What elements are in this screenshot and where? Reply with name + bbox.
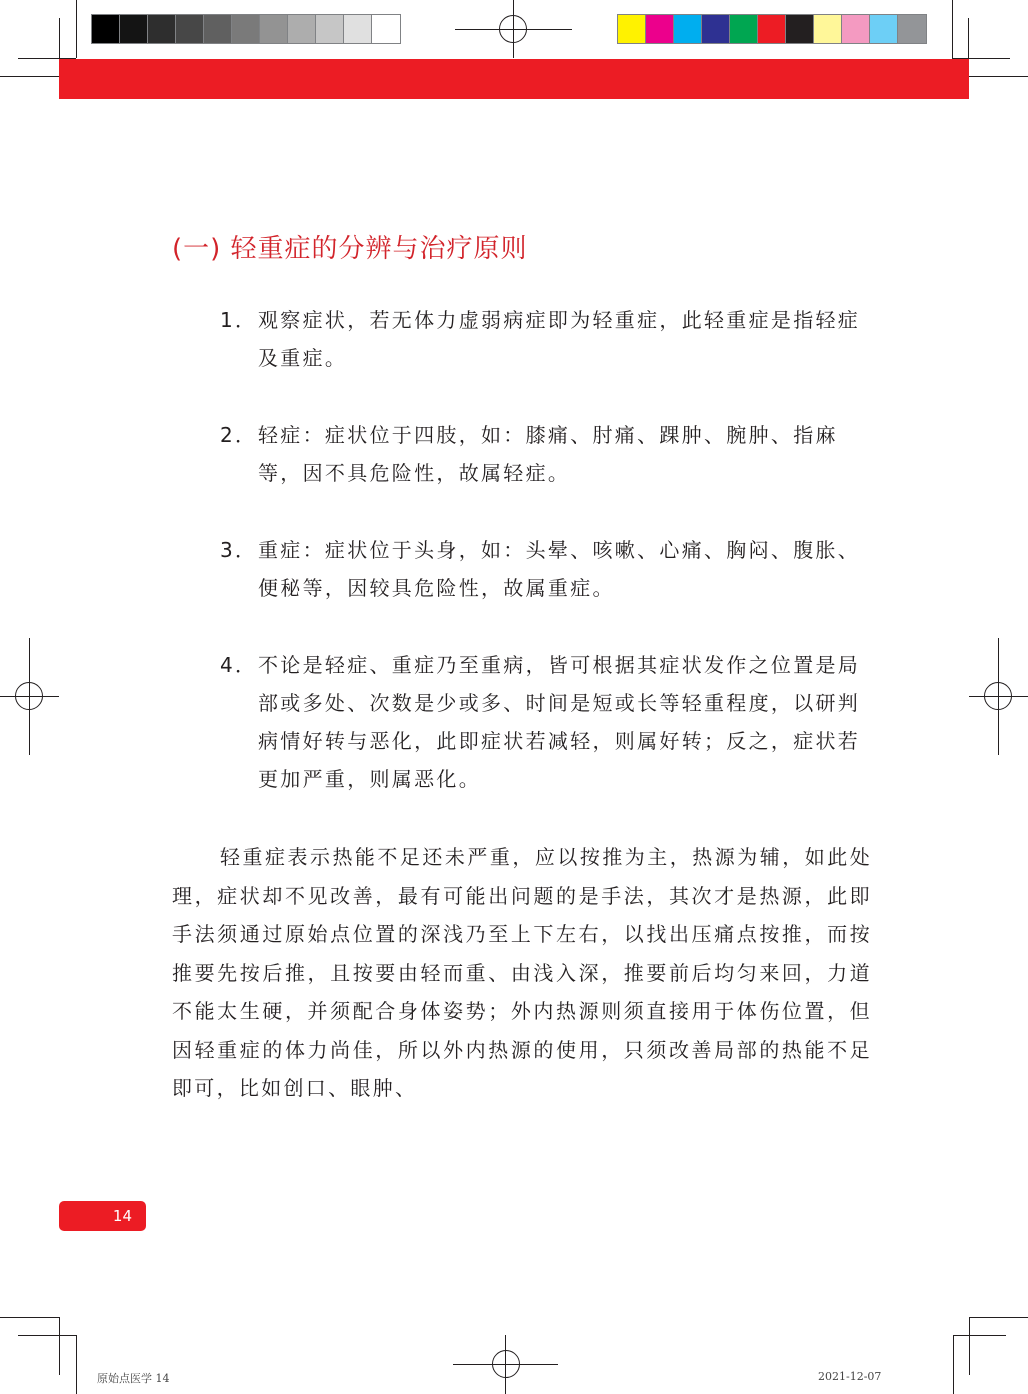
swatch <box>316 15 344 43</box>
swatch <box>120 15 148 43</box>
item-text: 轻症：症状位于四肢，如：膝痛、肘痛、踝肿、腕肿、指麻等，因不具危险性，故属轻症。 <box>220 416 880 492</box>
section-title: (一) 轻重症的分辨与治疗原则 <box>172 228 528 265</box>
list-item: 3． 重症：症状位于头身，如：头晕、咳嗽、心痛、胸闷、腹胀、便秘等，因较具危险性… <box>220 531 880 607</box>
swatch <box>842 15 870 43</box>
swatch <box>814 15 842 43</box>
swatch <box>898 15 926 43</box>
swatch <box>148 15 176 43</box>
swatch <box>786 15 814 43</box>
item-number: 2． <box>220 416 258 454</box>
item-text: 不论是轻症、重症乃至重病，皆可根据其症状发作之位置是局部或多处、次数是少或多、时… <box>220 646 880 798</box>
item-text: 重症：症状位于头身，如：头晕、咳嗽、心痛、胸闷、腹胀、便秘等，因较具危险性，故属… <box>220 531 880 607</box>
crop-mark <box>0 76 59 77</box>
swatch <box>204 15 232 43</box>
item-number: 3． <box>220 531 258 569</box>
grayscale-bar <box>91 14 401 44</box>
body-paragraph: 轻重症表示热能不足还未严重，应以按推为主，热源为辅，如此处理，症状却不见改善，最… <box>172 838 872 1108</box>
registration-mark-icon <box>492 1350 520 1378</box>
crop-mark <box>0 1317 59 1318</box>
crop-mark <box>968 76 1028 77</box>
footer-slug-left: 原始点医学 14 <box>97 1370 170 1386</box>
swatch <box>92 15 120 43</box>
registration-mark-icon <box>15 682 43 710</box>
swatch <box>618 15 646 43</box>
swatch <box>344 15 372 43</box>
swatch <box>646 15 674 43</box>
crop-mark <box>18 1335 76 1336</box>
item-text: 观察症状，若无体力虚弱病症即为轻重症，此轻重症是指轻症及重症。 <box>220 301 880 377</box>
item-number: 4． <box>220 646 258 684</box>
list-item: 4． 不论是轻症、重症乃至重病，皆可根据其症状发作之位置是局部或多处、次数是少或… <box>220 646 880 798</box>
swatch <box>870 15 898 43</box>
swatch <box>674 15 702 43</box>
registration-mark-icon <box>499 15 527 43</box>
swatch <box>232 15 260 43</box>
crop-mark <box>59 1317 60 1375</box>
color-bar <box>617 14 927 44</box>
list-item: 1． 观察症状，若无体力虚弱病症即为轻重症，此轻重症是指轻症及重症。 <box>220 301 880 377</box>
crop-mark <box>953 1335 954 1394</box>
crop-mark <box>953 1335 1006 1336</box>
swatch <box>260 15 288 43</box>
swatch <box>758 15 786 43</box>
crop-mark <box>952 0 953 58</box>
swatch <box>702 15 730 43</box>
swatch <box>730 15 758 43</box>
swatch <box>288 15 316 43</box>
item-number: 1． <box>220 301 258 339</box>
crop-mark <box>76 0 77 58</box>
swatch <box>372 15 400 43</box>
footer-slug-date: 2021-12-07 <box>818 1370 881 1383</box>
crop-mark <box>969 1317 970 1375</box>
crop-mark <box>76 1335 77 1394</box>
page-number-badge: 14 <box>59 1201 146 1231</box>
registration-mark-icon <box>984 682 1012 710</box>
list-item: 2． 轻症：症状位于四肢，如：膝痛、肘痛、踝肿、腕肿、指麻等，因不具危险性，故属… <box>220 416 880 492</box>
crop-mark <box>969 1317 1028 1318</box>
swatch <box>176 15 204 43</box>
header-bar <box>59 59 969 99</box>
